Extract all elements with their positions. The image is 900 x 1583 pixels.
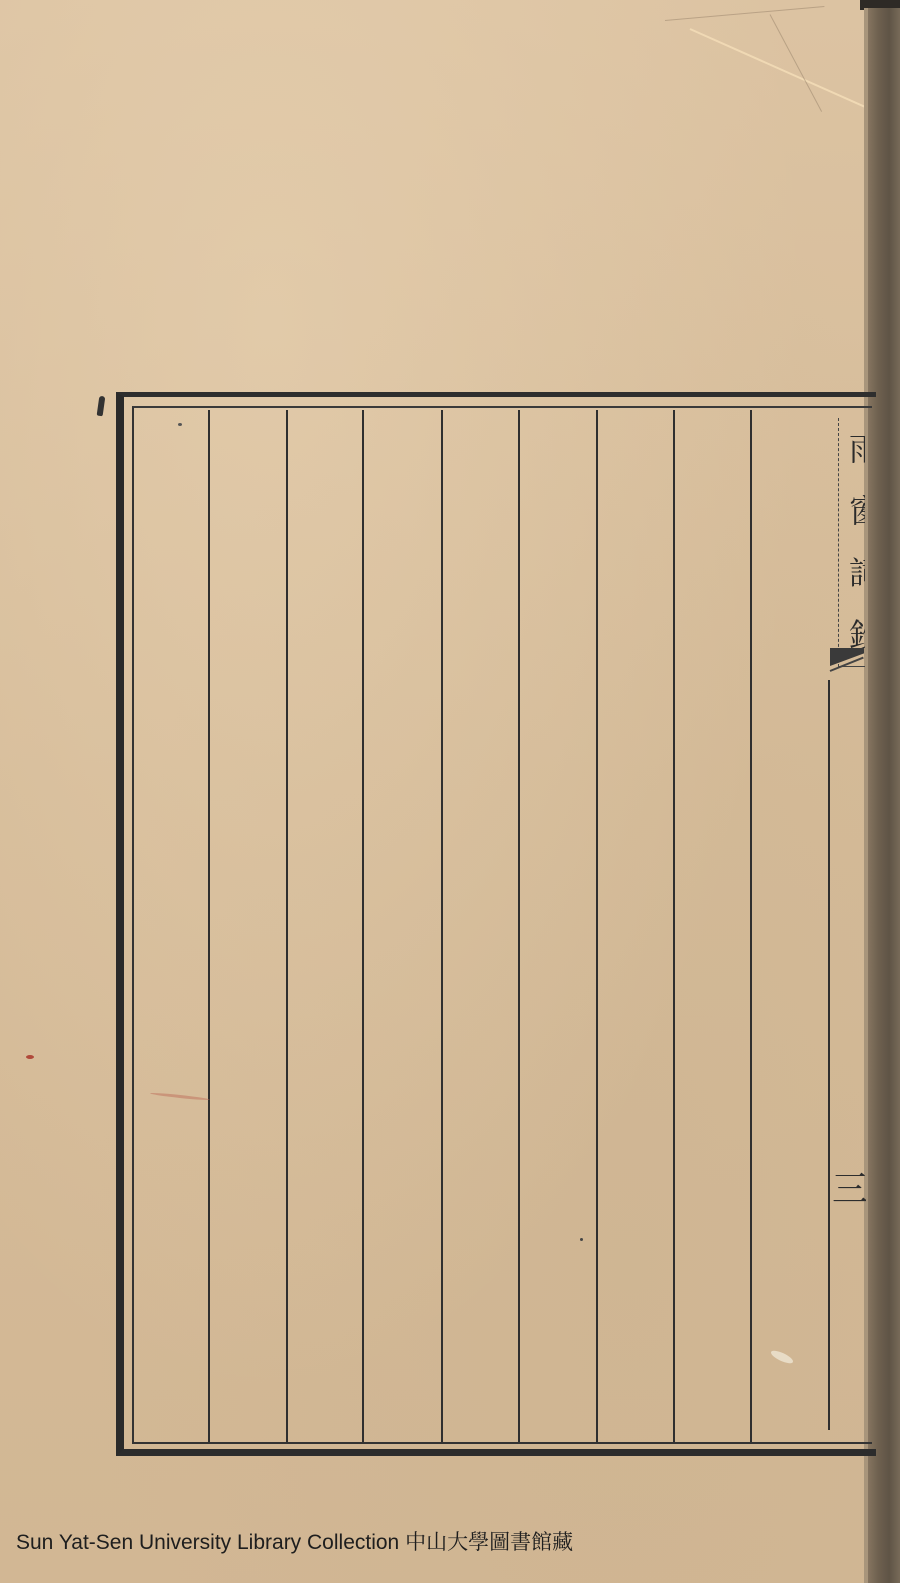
column-rule [441, 410, 443, 1442]
paper-speck [178, 423, 182, 426]
library-watermark: Sun Yat-Sen University Library Collectio… [16, 1526, 573, 1556]
column-rule [673, 410, 675, 1442]
title-char: 詞 [849, 557, 865, 589]
column-rule [362, 410, 364, 1442]
paper-speck [580, 1238, 583, 1241]
column-rule [286, 410, 288, 1442]
title-char: 窗 [849, 495, 865, 527]
title-char: 鈔 [849, 619, 865, 651]
column-rule [208, 410, 210, 1442]
column-rule [518, 410, 520, 1442]
printed-frame-inner-border [132, 406, 872, 1444]
column-rule [750, 410, 752, 1442]
column-rule [828, 680, 830, 1430]
column-rule [596, 410, 598, 1442]
paper-stain [26, 1055, 34, 1059]
title-char: 雨 [849, 433, 865, 465]
page-number-char: 三 [832, 1170, 866, 1210]
book-title-margin-strip: 雨 窗 詞 鈔 [838, 418, 865, 667]
